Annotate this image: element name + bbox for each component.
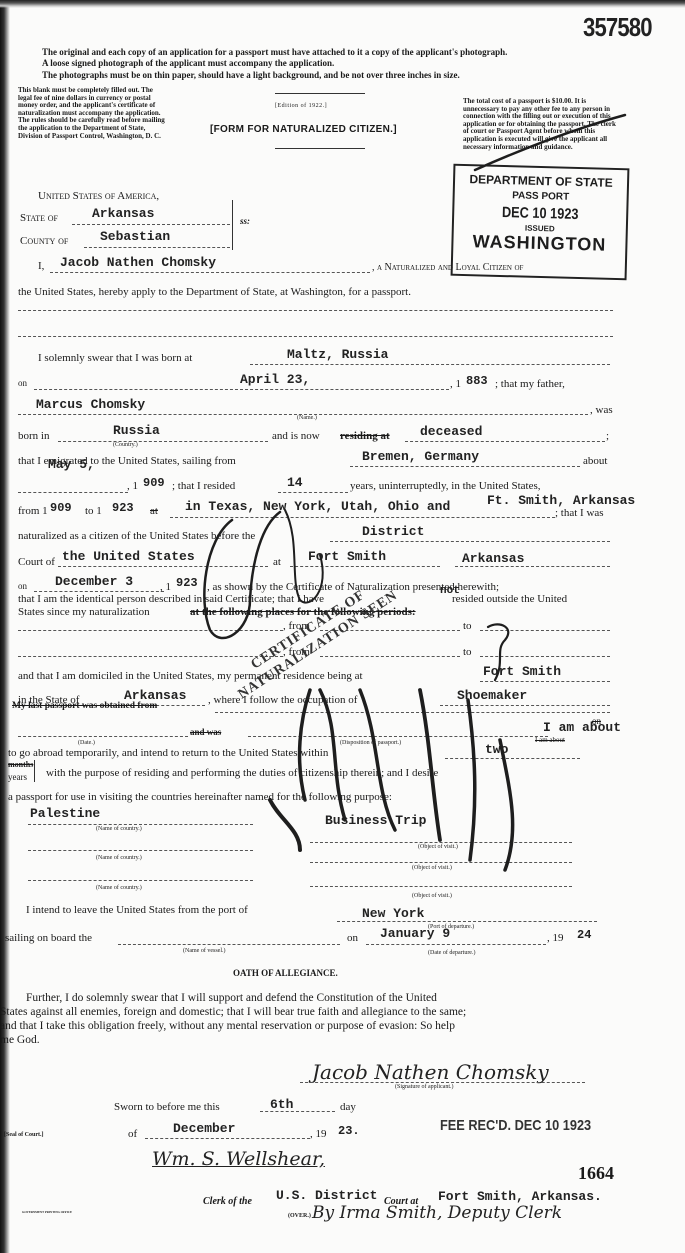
oath-line-3: and that I take this obligation freely, … — [0, 1020, 455, 1032]
occupation-label: , where I follow the occupation of — [208, 694, 357, 706]
sworn-year: 23. — [338, 1124, 360, 1138]
father-label: ; that my father, — [495, 378, 565, 390]
over-label: (OVER.) — [288, 1213, 311, 1219]
period-to-1: to — [463, 620, 472, 632]
duration-brace — [34, 760, 35, 782]
departure-date: January 9 — [380, 926, 450, 941]
from-label: from 1 — [18, 505, 48, 517]
that-i-was: ; that I was — [555, 507, 604, 519]
destination-object-1: Business Trip — [325, 813, 426, 828]
name-caption: (Name.) — [297, 415, 317, 421]
port-line — [337, 921, 597, 922]
birth-year: 883 — [466, 374, 488, 388]
state-line — [72, 224, 230, 225]
residing-struck: residing at — [340, 430, 390, 442]
last-passport-line — [215, 712, 610, 713]
emigration-year-prefix: , 1 — [127, 480, 138, 492]
date-line — [18, 736, 188, 737]
object-line-3 — [310, 886, 572, 887]
emigration-year: 909 — [143, 476, 165, 490]
stamp-line-dept: DEPARTMENT OF STATE — [455, 172, 627, 190]
residence-places: in Texas, New York, Utah, Ohio and — [185, 499, 450, 514]
stamp-line-passport: PASS PORT — [455, 189, 627, 204]
state-label: State of — [20, 212, 58, 224]
occupation-line — [440, 705, 610, 706]
blank-line-1 — [18, 310, 613, 311]
applicant-prefix: I, — [38, 260, 44, 272]
court-of-label: Court of — [18, 556, 55, 568]
county-value: Sebastian — [100, 229, 170, 244]
notice-line-3: The photographs must be on thin paper, s… — [42, 70, 460, 81]
clerk-of-label: Clerk of the — [203, 1196, 252, 1207]
court-city-line — [290, 566, 440, 567]
about-label: about — [583, 455, 607, 467]
scan-edge-top — [0, 0, 685, 8]
court-type: District — [362, 524, 424, 539]
abroad-line: to go abroad temporarily, and intend to … — [8, 747, 328, 759]
applicant-line-2: the United States, hereby apply to the D… — [18, 286, 411, 298]
oath-line-4: me God. — [0, 1034, 40, 1046]
clerk-signature: Wm. S. Wellshear, — [152, 1148, 325, 1170]
passport-application-page: 357580 The original and each copy of an … — [0, 0, 685, 1253]
emigration-date: May 5, — [48, 457, 95, 472]
sworn-year-prefix: , 19 — [310, 1128, 327, 1140]
years-resided: 14 — [287, 475, 303, 490]
birth-date-line — [34, 389, 449, 390]
nat-year-prefix: , 1 — [160, 581, 171, 593]
departure-year-prefix: , 19 — [547, 932, 564, 944]
departure-year: 24 — [577, 928, 591, 942]
title-rule-bottom — [275, 148, 365, 149]
county-line — [84, 247, 230, 248]
court-name: the United States — [62, 549, 195, 564]
at-struck: at — [150, 505, 158, 517]
nat-year: 923 — [176, 576, 198, 590]
object-line-2 — [310, 862, 572, 863]
resided-label: ; that I resided — [172, 480, 235, 492]
instructions-note: This blank must be completely filled out… — [18, 87, 168, 140]
years-option: years — [8, 772, 27, 782]
resided-outside: resided outside the United — [452, 593, 567, 605]
domicile-city-line — [480, 681, 610, 682]
fee-received-stamp: FEE REC'D. DEC 10 1923 — [440, 1117, 591, 1134]
period-line-2 — [18, 656, 283, 657]
naturalization-intro: naturalized as a citizen of the United S… — [18, 530, 255, 542]
court-city: Fort Smith — [308, 549, 386, 564]
fee-number: 1664 — [578, 1163, 614, 1184]
court-state: Arkansas — [462, 551, 524, 566]
nat-on-label: on — [18, 581, 27, 591]
birth-on-label: on — [18, 378, 27, 388]
deputy-signature: By Irma Smith, Deputy Clerk — [312, 1203, 562, 1223]
country-caption-1: (Name of country.) — [96, 826, 142, 832]
vessel-caption: (Name of vessel.) — [183, 948, 225, 954]
sworn-month-line — [145, 1138, 310, 1139]
period-from-line-2 — [320, 656, 460, 657]
occupation: Shoemaker — [457, 688, 527, 703]
day-label: day — [340, 1101, 356, 1113]
object-caption-2: (Object of visit.) — [412, 865, 452, 871]
period-to-line-1 — [480, 630, 610, 631]
duration-line — [445, 758, 580, 759]
was-label: , was — [590, 404, 613, 416]
applicant-name-line — [50, 272, 370, 273]
stamp-line-washington: WASHINGTON — [453, 231, 625, 256]
court-location: Fort Smith, Arkansas. — [438, 1189, 602, 1204]
date-caption: (Date.) — [78, 740, 95, 746]
identical-person: that I am the identical person described… — [18, 593, 324, 605]
departure-on-label: on — [347, 932, 358, 944]
emigration-port: Bremen, Germany — [362, 449, 479, 464]
departure-date-caption: (Date of departure.) — [428, 950, 475, 956]
country-caption-3: (Name of country.) — [96, 885, 142, 891]
emigration-date-line — [18, 492, 128, 493]
printing-office: GOVERNMENT PRINTING OFFICE — [22, 1210, 72, 1214]
and-was-struck: and was — [190, 727, 221, 737]
court-name-line — [58, 566, 268, 567]
years-line — [278, 492, 348, 493]
purpose-line: with the purpose of residing and perform… — [46, 767, 438, 779]
sworn-month: December — [173, 1121, 235, 1136]
venue-brace — [232, 200, 233, 250]
birth-place: Maltz, Russia — [287, 347, 388, 362]
semicolon: ; — [606, 430, 609, 442]
applicant-signature: Jacob Nathen Chomsky — [312, 1060, 549, 1084]
ss-label: ss: — [240, 216, 250, 226]
country-caption: (Country.) — [113, 442, 138, 448]
country-line-2 — [28, 850, 253, 851]
born-in-label: born in — [18, 430, 49, 442]
sworn-day-line — [260, 1111, 335, 1112]
seal-of-court: [Seal of Court.] — [4, 1132, 44, 1138]
father-residence-line — [405, 441, 605, 442]
object-line-1 — [310, 842, 572, 843]
venue-country: United States of America, — [38, 190, 159, 202]
notice-line-2: A loose signed photograph of the applica… — [42, 58, 334, 69]
residing-label: and is now — [272, 430, 320, 442]
residence-places-2: Ft. Smith, Arkansas — [487, 493, 635, 508]
oath-line-2: States against all enemies, foreign and … — [0, 1006, 466, 1018]
oath-title: OATH OF ALLEGIANCE. — [233, 968, 338, 978]
disposition-line — [248, 736, 548, 737]
court-name-signed: U.S. District — [276, 1188, 377, 1203]
years-label: years, uninterruptedly, in the United St… — [350, 480, 541, 492]
object-caption-1: (Object of visit.) — [418, 844, 458, 850]
nat-date-line — [34, 591, 164, 592]
about-struck: I am about — [535, 736, 565, 744]
applicant-name: Jacob Nathen Chomsky — [60, 255, 216, 270]
state-value: Arkansas — [92, 206, 154, 221]
court-at-label: at — [273, 556, 281, 568]
sworn-day: 6th — [270, 1097, 293, 1112]
birth-intro: I solemnly swear that I was born at — [38, 352, 192, 364]
sailing-label: sailing on board the — [5, 932, 92, 944]
title-rule-top — [275, 93, 365, 94]
father-residence: deceased — [420, 424, 482, 439]
destination-country-1: Palestine — [30, 806, 100, 821]
country-line-3 — [28, 880, 253, 881]
to-year: 923 — [112, 501, 134, 515]
sworn-intro: Sworn to before me this — [114, 1101, 220, 1113]
birth-date: April 23, — [240, 372, 310, 387]
object-caption-3: (Object of visit.) — [412, 893, 452, 899]
last-passport-struck: My last passport was obtained from — [12, 701, 157, 711]
disposition-caption: (Disposition of passport.) — [340, 740, 401, 746]
period-to-line-2 — [480, 656, 610, 657]
applicant-suffix: , a Naturalized and Loyal Citizen of — [372, 262, 523, 273]
months-struck: months — [8, 760, 33, 769]
vessel-line — [118, 944, 340, 945]
father-name: Marcus Chomsky — [36, 397, 145, 412]
emigration-port-line — [350, 466, 580, 467]
scan-edge-left — [0, 0, 10, 1253]
domicile-city: Fort Smith — [483, 664, 561, 679]
residence-line — [170, 517, 555, 518]
birth-place-line — [250, 364, 610, 365]
departure-date-line — [366, 944, 546, 945]
to-label: to 1 — [85, 505, 102, 517]
domicile-intro: and that I am domiciled in the United St… — [18, 670, 363, 682]
departure-port: New York — [362, 906, 424, 921]
period-line-1 — [18, 630, 283, 631]
signature-caption: (Signature of applicant.) — [395, 1084, 453, 1090]
signature-line — [300, 1082, 585, 1083]
form-title: [FORM FOR NATURALIZED CITIZEN.] — [210, 124, 397, 135]
country-caption-2: (Name of country.) — [96, 855, 142, 861]
county-label: County of — [20, 235, 68, 247]
father-country-line — [58, 441, 268, 442]
states-since: States since my naturalization — [18, 606, 150, 618]
duration: two — [485, 742, 508, 757]
court-type-line — [330, 541, 610, 542]
country-line-1 — [28, 824, 253, 825]
period-to-2: to — [463, 646, 472, 658]
serial-number: 357580 — [583, 12, 652, 43]
passport-line: a passport for use in visiting the count… — [8, 791, 392, 803]
edition-label: [Edition of 1922.] — [275, 103, 327, 109]
sworn-of-label: of — [128, 1128, 137, 1140]
about-value: I am about — [543, 720, 621, 735]
stamp-line-date: DEC 10 1923 — [467, 203, 614, 224]
departure-intro: I intend to leave the United States from… — [26, 904, 248, 916]
notice-line-1: The original and each copy of an applica… — [42, 47, 507, 58]
from-year: 909 — [50, 501, 72, 515]
nat-date: December 3 — [55, 574, 133, 589]
oath-line-1: Further, I do solemnly swear that I will… — [26, 992, 437, 1004]
birth-year-prefix: , 1 — [450, 378, 461, 390]
cost-note: The total cost of a passport is $10.00. … — [463, 98, 621, 151]
blank-line-2 — [18, 336, 613, 337]
court-state-line — [455, 566, 610, 567]
father-country: Russia — [113, 423, 160, 438]
